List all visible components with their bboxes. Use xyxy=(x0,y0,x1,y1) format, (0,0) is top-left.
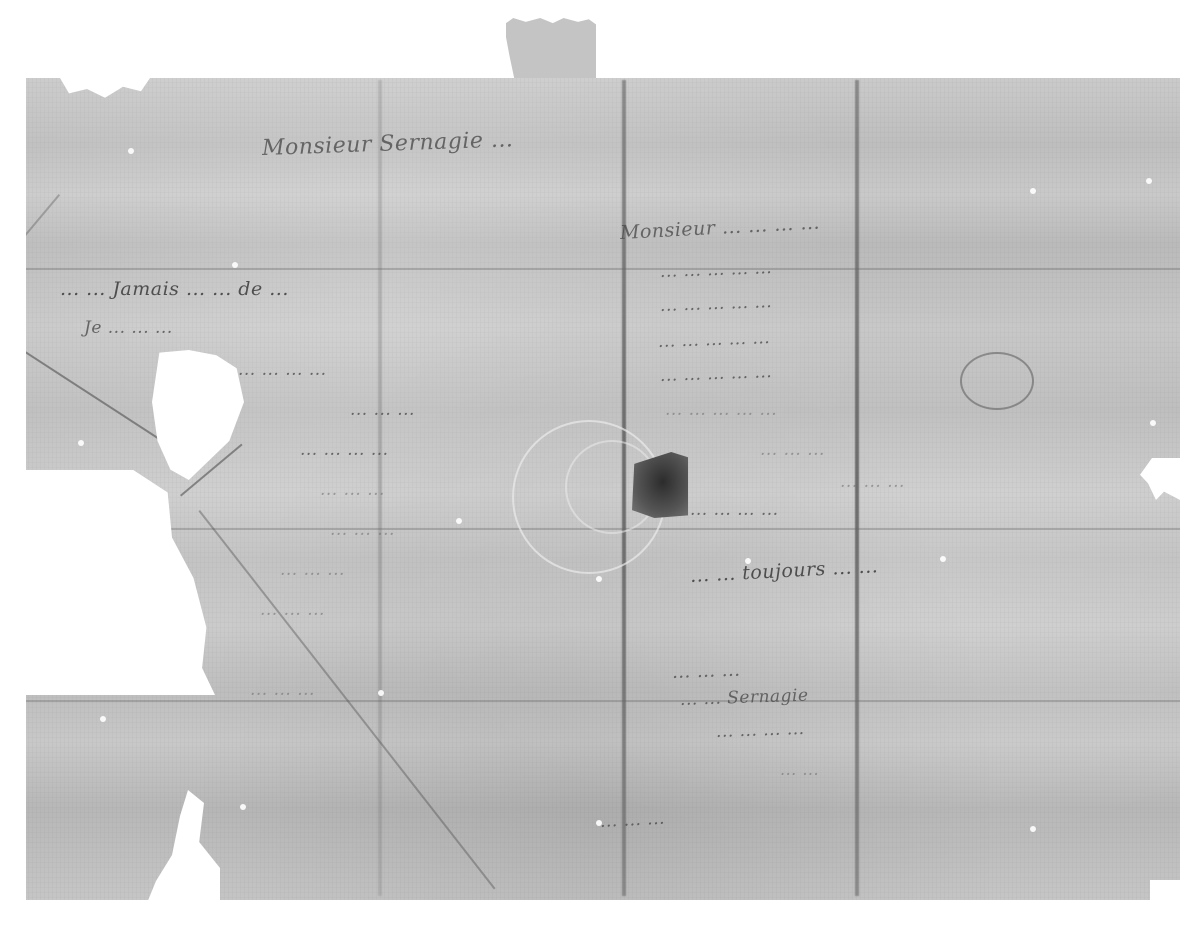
left-column-line: ... ... ... ... xyxy=(238,360,327,380)
postscript-line: ... ... ... xyxy=(599,809,665,832)
postscript-line: ... ... ... xyxy=(672,660,741,683)
scanned-letter: Monsieur Sernagie ... ... ... Jamais ...… xyxy=(0,0,1200,936)
pinhole xyxy=(128,148,134,154)
pinhole xyxy=(596,820,602,826)
pinhole xyxy=(240,804,246,810)
left-column-line: ... ... ... xyxy=(250,680,315,700)
fold-line-h3 xyxy=(20,700,1180,702)
pinhole xyxy=(940,556,946,562)
paper-edge-bottom xyxy=(0,900,1200,936)
left-column-line: Je ... ... ... xyxy=(84,318,173,338)
pinhole xyxy=(1030,188,1036,194)
pinhole xyxy=(78,440,84,446)
pinhole xyxy=(100,716,106,722)
right-column-line: ... ... ... xyxy=(840,472,905,492)
right-column-line: ... ... ... ... ... xyxy=(665,400,777,420)
right-column-line: ... ... ... ... xyxy=(690,500,779,520)
wax-seal-remnant xyxy=(632,452,688,518)
pinhole xyxy=(378,690,384,696)
left-column-line: ... ... ... xyxy=(350,400,415,420)
left-column-line: ... ... ... xyxy=(320,480,385,500)
left-column-line: ... ... ... xyxy=(280,560,345,580)
pinhole xyxy=(1146,178,1152,184)
paper-tab xyxy=(506,18,596,82)
left-column-line: ... ... ... xyxy=(330,520,395,540)
left-column-line: ... ... ... ... xyxy=(300,440,389,460)
postscript-line: ... ... xyxy=(780,760,819,779)
pinhole xyxy=(1030,826,1036,832)
right-column-line: ... ... ... ... ... xyxy=(660,292,773,316)
pinhole xyxy=(596,576,602,582)
right-column-line: ... ... ... ... ... xyxy=(658,328,771,352)
seal-mark-right xyxy=(960,352,1034,410)
left-column-line: ... ... ... xyxy=(260,600,325,620)
fold-line-h1 xyxy=(20,268,1180,270)
right-column-line: ... ... ... ... ... xyxy=(660,258,773,282)
right-column-line: ... ... ... xyxy=(760,440,825,460)
pinhole xyxy=(745,558,751,564)
postscript-line: ... ... ... ... xyxy=(716,719,805,742)
right-column-line: ... ... ... ... ... xyxy=(660,362,773,386)
pinhole xyxy=(456,518,462,524)
left-column-line: ... ... Jamais ... ... de ... xyxy=(60,278,289,300)
pinhole xyxy=(1150,420,1156,426)
pinhole xyxy=(232,262,238,268)
